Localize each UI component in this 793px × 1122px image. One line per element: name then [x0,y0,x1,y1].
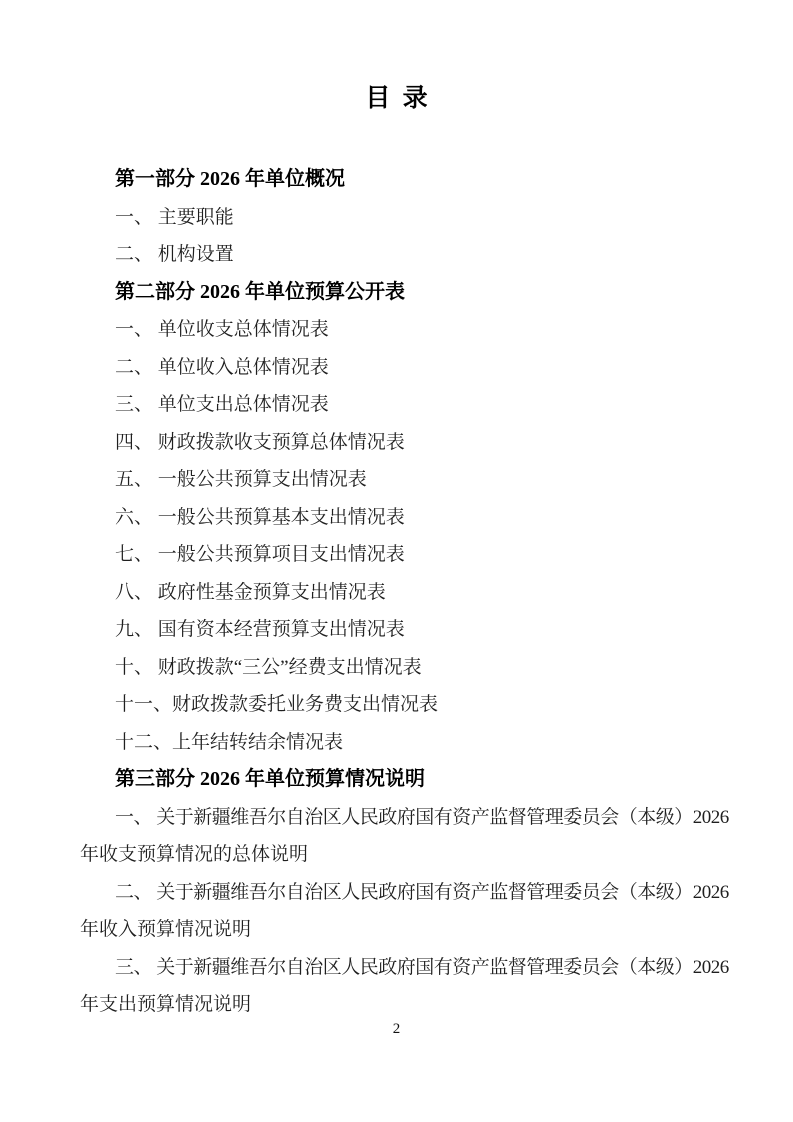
toc-paragraph-line: 一、 关于新疆维吾尔自治区人民政府国有资产监督管理委员会（本级）2026 [80,799,716,837]
toc-content: 目 录 第一部分 2026 年单位概况 一、 主要职能 二、 机构设置 第二部分… [80,83,716,1024]
toc-item: 一、 单位收支总体情况表 [80,311,716,349]
toc-paragraph-line: 三、 关于新疆维吾尔自治区人民政府国有资产监督管理委员会（本级）2026 [80,949,716,987]
toc-item: 五、 一般公共预算支出情况表 [80,461,716,499]
toc-item: 十一、财政拨款委托业务费支出情况表 [80,686,716,724]
toc-paragraph-line: 二、 关于新疆维吾尔自治区人民政府国有资产监督管理委员会（本级）2026 [80,874,716,912]
toc-item: 三、 单位支出总体情况表 [80,386,716,424]
toc-item: 六、 一般公共预算基本支出情况表 [80,499,716,537]
toc-item: 四、 财政拨款收支预算总体情况表 [80,424,716,462]
document-page: 目 录 第一部分 2026 年单位概况 一、 主要职能 二、 机构设置 第二部分… [0,0,793,1122]
toc-paragraph-line: 年支出预算情况说明 [80,986,716,1024]
toc-item: 八、 政府性基金预算支出情况表 [80,574,716,612]
page-number: 2 [0,1019,793,1039]
toc-paragraph-line: 年收入预算情况说明 [80,911,716,949]
toc-paragraph-line: 年收支预算情况的总体说明 [80,836,716,874]
toc-item: 二、 机构设置 [80,236,716,274]
toc-item: 十二、上年结转结余情况表 [80,724,716,762]
toc-list: 第一部分 2026 年单位概况 一、 主要职能 二、 机构设置 第二部分 202… [80,161,716,1024]
toc-item: 七、 一般公共预算项目支出情况表 [80,536,716,574]
toc-item: 九、 国有资本经营预算支出情况表 [80,611,716,649]
toc-item: 二、 单位收入总体情况表 [80,349,716,387]
section-1-heading: 第一部分 2026 年单位概况 [80,161,716,199]
page-title: 目 录 [80,83,716,115]
section-3-heading: 第三部分 2026 年单位预算情况说明 [80,761,716,799]
toc-item: 一、 主要职能 [80,199,716,237]
section-2-heading: 第二部分 2026 年单位预算公开表 [80,274,716,312]
toc-item: 十、 财政拨款“三公”经费支出情况表 [80,649,716,687]
